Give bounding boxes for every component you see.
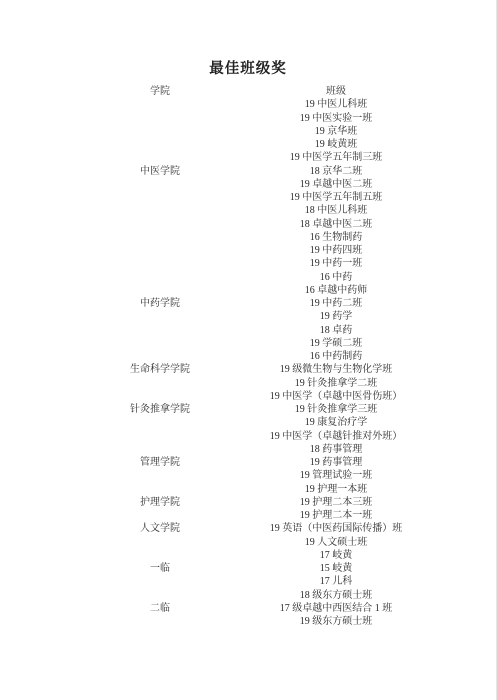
class-header-cell: 班级 (175, 85, 497, 98)
table-row: 18 卓越中医二班 (0, 218, 496, 231)
table-row: 18 药事管理 (0, 443, 496, 456)
class-cell: 17 儿科 (175, 575, 497, 588)
class-cell: 16 中药 (175, 271, 497, 284)
table-row: 针灸推拿学院 19 针灸推拿学三班 (0, 403, 496, 416)
class-cell: 19 中药二班 (175, 297, 497, 310)
class-cell: 16 卓越中药师 (175, 284, 497, 297)
table-row: 19 管理试验一班 (0, 469, 496, 482)
table-row: 生命科学学院 19 级微生物与生物化学班 (0, 363, 496, 376)
class-cell: 19 康复治疗学 (175, 416, 497, 429)
table-row: 中医学院 18 京华二班 (0, 165, 496, 178)
table-row: 16 中药 (0, 271, 496, 284)
table-row: 17 岐黄 (0, 549, 496, 562)
table-row: 19 中医儿科班 (0, 98, 496, 111)
class-cell: 15 岐黄 (175, 562, 497, 575)
table-row: 16 中药制药 (0, 350, 496, 363)
table-row: 17 儿科 (0, 575, 496, 588)
table-row: 16 卓越中药师 (0, 284, 496, 297)
class-cell: 19 护理二本三班 (175, 496, 497, 509)
table-row: 19 京华班 (0, 125, 496, 138)
table-row: 16 生物制药 (0, 231, 496, 244)
table-row: 18 卓药 (0, 324, 496, 337)
table-row: 19 中医学（卓越针推对外班） (0, 430, 496, 443)
class-cell: 18 药事管理 (175, 443, 497, 456)
class-cell: 16 生物制药 (175, 231, 497, 244)
class-cell: 16 中药制药 (175, 350, 497, 363)
table-row: 19 中药一班 (0, 257, 496, 270)
class-cell: 19 京华班 (175, 125, 497, 138)
table-row: 19 中医学五年制三班 (0, 151, 496, 164)
class-cell: 19 中医儿科班 (175, 98, 497, 111)
table-row: 19 药学 (0, 310, 496, 323)
table-row: 19 护理二本一班 (0, 509, 496, 522)
table-row: 19 针灸推拿学二班 (0, 377, 496, 390)
table-row: 二临 17 级卓越中西医结合 1 班 (0, 602, 496, 615)
table-row: 19 学硕二班 (0, 337, 496, 350)
table-row: 人文学院 19 英语（中医药国际传播）班 (0, 522, 496, 535)
table-row: 管理学院 19 药事管理 (0, 456, 496, 469)
table-body: 19 中医儿科班 19 中医实验一班 19 京华班 19 岐黄班 19 中医学五… (0, 98, 496, 628)
class-cell: 18 京华二班 (175, 165, 497, 178)
class-cell: 18 卓越中医二班 (175, 218, 497, 231)
class-cell: 17 岐黄 (175, 549, 497, 562)
class-cell: 19 护理二本一班 (175, 509, 497, 522)
class-cell: 19 护理一本班 (175, 483, 497, 496)
class-cell: 19 中医学（卓越中医骨伤班） (175, 390, 497, 403)
class-cell: 19 针灸推拿学二班 (175, 377, 497, 390)
award-table: 学院 班级 19 中医儿科班 19 中医实验一班 19 京华班 19 岐黄班 1… (0, 85, 496, 628)
table-row: 一临 15 岐黄 (0, 562, 496, 575)
table-row: 19 中药四班 (0, 244, 496, 257)
table-header-row: 学院 班级 (0, 85, 496, 98)
class-cell: 19 人文硕士班 (175, 536, 497, 549)
document-page: 最佳班级奖 学院 班级 19 中医儿科班 19 中医实验一班 19 京华班 19… (0, 0, 497, 700)
table-row: 19 岐黄班 (0, 138, 496, 151)
table-row: 19 级东方硕士班 (0, 615, 496, 628)
class-cell: 17 级卓越中西医结合 1 班 (175, 602, 497, 615)
class-cell: 19 中药四班 (175, 244, 497, 257)
table-row: 19 康复治疗学 (0, 416, 496, 429)
table-row: 19 中医学五年制五班 (0, 191, 496, 204)
class-cell: 19 药学 (175, 310, 497, 323)
class-cell: 19 级微生物与生物化学班 (175, 363, 497, 376)
table-row: 18 级东方硕士班 (0, 589, 496, 602)
class-cell: 19 卓越中医二班 (175, 178, 497, 191)
document-title: 最佳班级奖 (0, 59, 496, 79)
table-row: 19 卓越中医二班 (0, 178, 496, 191)
class-cell: 18 中医儿科班 (175, 204, 497, 217)
table-row: 19 中医学（卓越中医骨伤班） (0, 390, 496, 403)
class-cell: 19 中药一班 (175, 257, 497, 270)
table-row: 中药学院 19 中药二班 (0, 297, 496, 310)
class-cell: 19 中医学五年制三班 (175, 151, 497, 164)
class-cell: 19 岐黄班 (175, 138, 497, 151)
class-cell: 19 英语（中医药国际传播）班 (175, 522, 497, 535)
class-cell: 18 卓药 (175, 324, 497, 337)
class-cell: 19 中医实验一班 (175, 112, 497, 125)
table-row: 19 护理一本班 (0, 483, 496, 496)
class-cell: 19 中医学五年制五班 (175, 191, 497, 204)
class-cell: 19 学硕二班 (175, 337, 497, 350)
class-cell: 19 针灸推拿学三班 (175, 403, 497, 416)
class-cell: 19 管理试验一班 (175, 469, 497, 482)
table-row: 19 人文硕士班 (0, 536, 496, 549)
class-cell: 18 级东方硕士班 (175, 589, 497, 602)
table-row: 19 中医实验一班 (0, 112, 496, 125)
table-row: 18 中医儿科班 (0, 204, 496, 217)
class-cell: 19 中医学（卓越针推对外班） (175, 430, 497, 443)
class-cell: 19 药事管理 (175, 456, 497, 469)
class-cell: 19 级东方硕士班 (175, 615, 497, 628)
table-row: 护理学院 19 护理二本三班 (0, 496, 496, 509)
